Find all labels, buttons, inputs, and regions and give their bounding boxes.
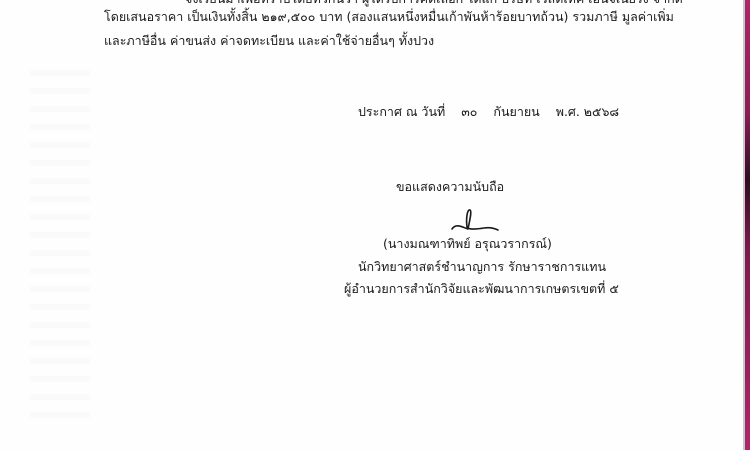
closing-salutation: ขอแสดงความนับถือ	[396, 179, 504, 195]
body-line-3: และภาษีอื่น ค่าขนส่ง ค่าจดทะเบียน และค่า…	[104, 33, 434, 49]
date-day: ๓๐	[461, 104, 477, 119]
date-month: กันยายน	[493, 104, 539, 119]
date-prefix: ประกาศ ณ วันที่	[358, 104, 445, 119]
signatory-position: นักวิทยาศาสตร์ชำนาญการ รักษาราชการแทน	[358, 259, 606, 275]
page-edge-stripe	[745, 0, 750, 450]
announcement-date: ประกาศ ณ วันที่ ๓๐ กันยายน พ.ศ. ๒๕๖๘	[358, 104, 631, 120]
signature-icon	[448, 205, 500, 235]
body-line-1-cropped: จึงเรียนมาเพื่อทราบโดยทั่วกันว่า ผู้ได้ร…	[185, 0, 665, 7]
body-line-2: โดยเสนอราคา เป็นเงินทั้งสิ้น ๒๑๙,๕๐๐ บาท…	[104, 9, 674, 25]
signatory-name: (นางมณฑาทิพย์ อรุณวรากรณ์)	[383, 236, 552, 252]
signatory-organization: ผู้อำนวยการสำนักวิจัยและพัฒนาการเกษตรเขต…	[344, 281, 619, 297]
document-page: จึงเรียนมาเพื่อทราบโดยทั่วกันว่า ผู้ได้ร…	[0, 0, 750, 450]
date-year: พ.ศ. ๒๕๖๘	[556, 104, 619, 119]
paper-bleed-through	[30, 70, 90, 430]
